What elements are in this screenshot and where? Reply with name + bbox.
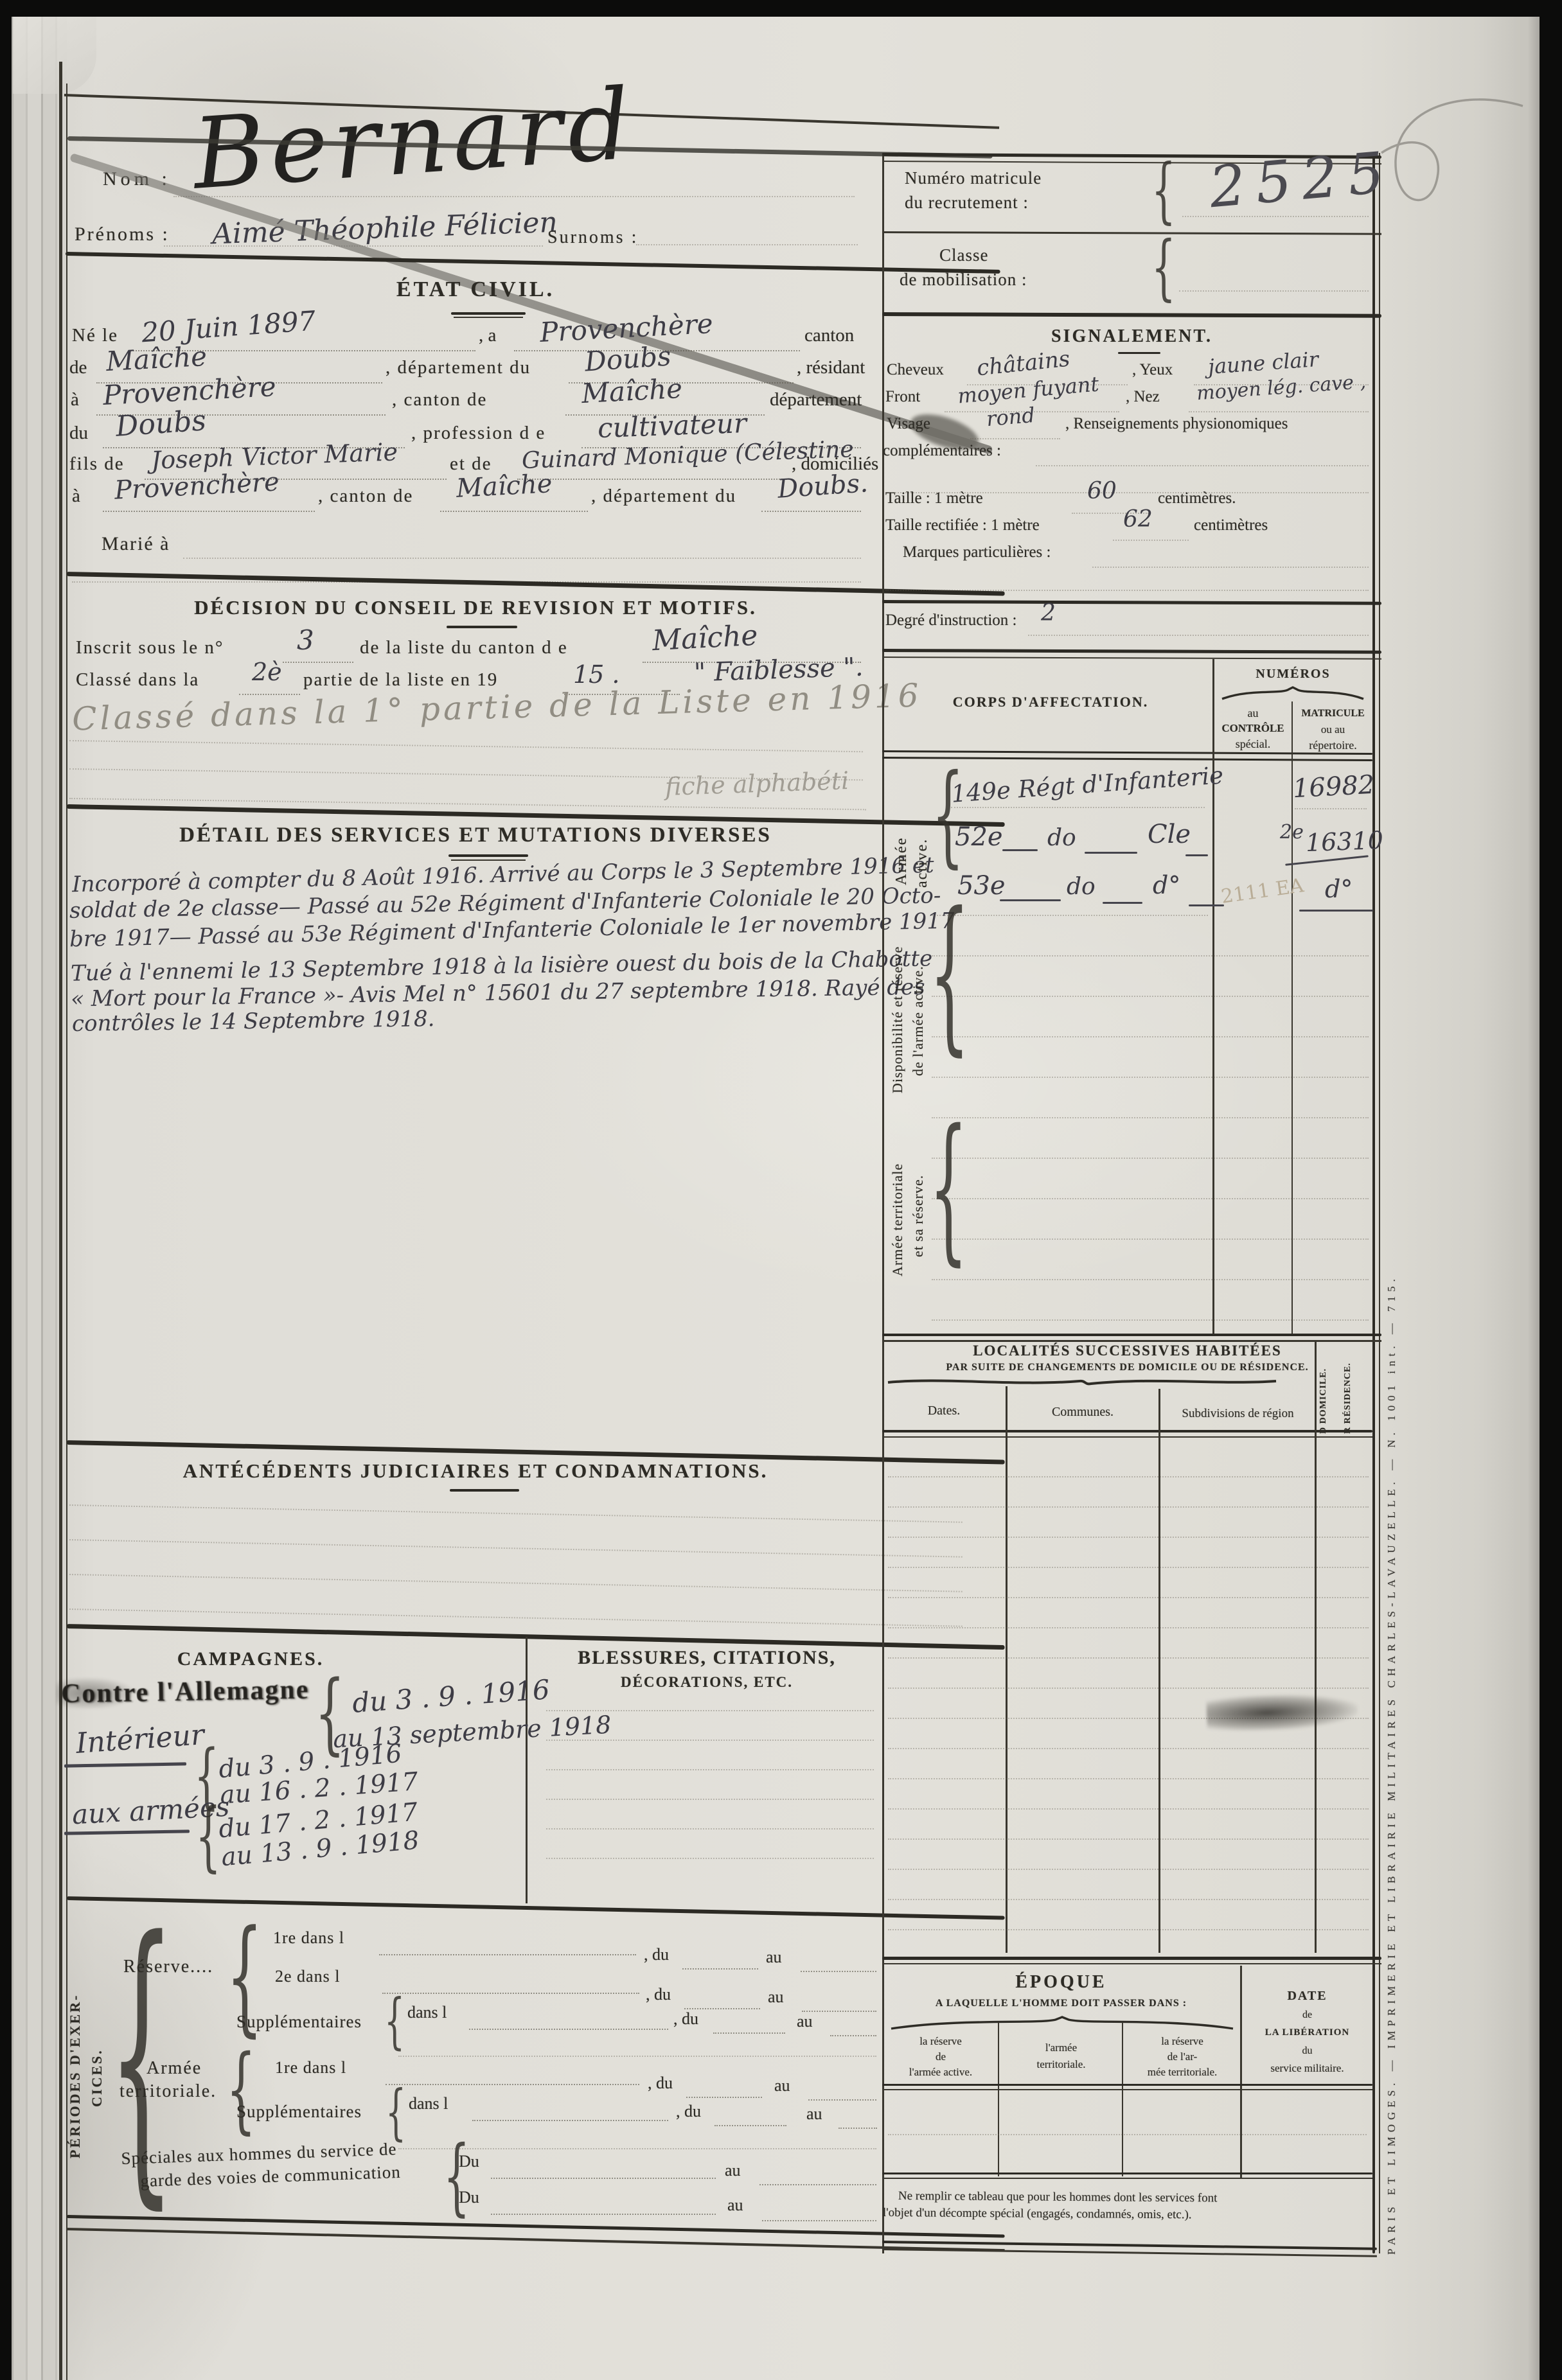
- services-line-6: contrôles le 14 Septembre 1918.: [72, 1006, 435, 1037]
- etat-civil-title: ÉTAT CIVIL.: [353, 278, 598, 302]
- corps-row3-ditto: do: [1067, 874, 1096, 900]
- classe-dans-label: Classé dans la: [76, 669, 199, 691]
- epoque-brace: [890, 2016, 1234, 2030]
- corps-row2-prefix: 2e: [1280, 821, 1304, 843]
- sg-r2-dot2: [1189, 411, 1369, 412]
- matricule-col-l3: répertoire.: [1293, 739, 1372, 752]
- localites-brace-line: [887, 1376, 1277, 1389]
- profession-de-label: , profession d e: [411, 423, 546, 444]
- territoriale-label-1: Armée: [146, 2058, 202, 2079]
- corps-dotrow-5: [932, 1077, 1369, 1078]
- loc-row-14: [888, 1869, 1369, 1870]
- localites-vline-3: [1315, 1341, 1317, 1953]
- numero-brace: {: [1151, 159, 1176, 223]
- loc-row-16: [888, 1929, 1369, 1930]
- de-label: de: [69, 357, 87, 378]
- sg-r4-dot: [1036, 465, 1369, 466]
- armee-active-label-1: Armée: [893, 795, 910, 885]
- stamp-smear: [57, 1678, 134, 1709]
- controle-col-l2: CONTRÔLE: [1214, 722, 1292, 735]
- decision-title: DÉCISION DU CONSEIL DE REVISION ET MOTIF…: [129, 596, 822, 619]
- terr-row1-label: 1re dans l: [275, 2058, 346, 2077]
- epoque-col1-l3: l'armée active.: [882, 2066, 999, 2079]
- reserve-row2-label: 2e dans l: [275, 1967, 340, 1986]
- torn-corner: [13, 17, 96, 94]
- annee-value: 15 .: [573, 660, 620, 689]
- numero-matricule-label-2: du recrutement :: [905, 193, 1029, 213]
- cheveux-label: Cheveux: [887, 361, 944, 379]
- classe-partie: 2è: [252, 658, 282, 686]
- blessures-title-1: BLESSURES, CITATIONS,: [559, 1647, 855, 1669]
- territoriale-col-brace: {: [929, 1116, 968, 1259]
- printer-imprint: PARIS ET LIMOGES. — IMPRIMERIE ET LIBRAI…: [1385, 996, 1398, 2255]
- signalement-dash: [1118, 352, 1160, 354]
- date-col-l5: service militaire.: [1242, 2062, 1372, 2075]
- corps-row2-dash1: [1002, 849, 1038, 851]
- du-label: du: [69, 423, 88, 444]
- partie-label: partie de la liste en 19: [303, 669, 498, 691]
- numeros-brace: [1221, 686, 1365, 700]
- corps-dotrow-1: [932, 915, 1208, 916]
- blessures-title-2: DÉCORATIONS, ETC.: [559, 1674, 855, 1691]
- right-border-outer: [1372, 153, 1375, 2253]
- prenoms-label: Prénoms :: [75, 224, 170, 245]
- reserve-suppl-label: Supplémentaires: [236, 2012, 362, 2032]
- periodes-label-2: CICES.: [89, 2023, 105, 2107]
- departement-naissance: Doubs: [583, 340, 672, 377]
- pr-a3-dot3: [830, 2035, 876, 2036]
- date-col-l2: de: [1242, 2009, 1372, 2021]
- periodes-label-1: PÉRIODES D'EXER-: [67, 1972, 84, 2158]
- corps-dotrow-10: [932, 1279, 1369, 1280]
- services-underline1: [448, 854, 528, 857]
- classe-label-1: Classe: [939, 245, 989, 265]
- corps-bottom-rule1: [882, 1334, 1381, 1336]
- profession-value: cultivateur: [597, 407, 747, 444]
- inscrit-label: Inscrit sous le n°: [76, 637, 224, 658]
- pr-c1-dot: [491, 2178, 716, 2179]
- loc-row-4: [888, 1567, 1369, 1568]
- corps-row2-dash3: [1185, 854, 1208, 856]
- reserve-row1-label: 1re dans l: [273, 1928, 344, 1948]
- taille-value: 60: [1087, 478, 1117, 504]
- column-divider: [882, 153, 884, 2253]
- taille-label: Taille : 1 mètre: [885, 489, 983, 507]
- sg-taille2-dot: [1113, 540, 1189, 541]
- pr-c2-dot: [491, 2214, 716, 2215]
- loc-row-6: [888, 1627, 1369, 1628]
- loc-row-11: [888, 1778, 1369, 1779]
- terr-suppl-dansl: dans l: [409, 2094, 448, 2113]
- reserve-suppl-brace: {: [384, 1994, 405, 2048]
- epoque-note-1: Ne remplir ce tableau que pour les homme…: [898, 2189, 1218, 2205]
- localites-header-rule2: [882, 1436, 1372, 1438]
- territoriale-label-2: territoriale.: [120, 2081, 217, 2102]
- antecedents-underline: [450, 1489, 519, 1492]
- inscrit-numero: 3: [297, 624, 314, 656]
- ec-r5-dot2: [517, 479, 787, 480]
- surnoms-dotted: [636, 244, 858, 245]
- ne-le-label: Né le: [72, 325, 118, 346]
- loc-row-3: [888, 1537, 1369, 1538]
- pr-a1-dot2: [682, 1968, 758, 1970]
- sg-marques-dot: [1092, 567, 1369, 568]
- corps-vline-2: [1291, 701, 1293, 1336]
- right-border-inner: [1379, 153, 1380, 2253]
- loc-row-5: [888, 1597, 1369, 1598]
- bl-dot1: [546, 1710, 874, 1711]
- epoque-header-rule1: [882, 2084, 1372, 2086]
- corps-bottom-rule2: [882, 1340, 1381, 1342]
- campagnes-brace-3: {: [195, 1803, 221, 1871]
- terr-suppl-label: Supplémentaires: [236, 2102, 362, 2122]
- residant-label: , résidant: [797, 357, 865, 378]
- corps-row3-d: d°: [1153, 871, 1180, 899]
- bl-dot2: [546, 1740, 874, 1741]
- terr-suppl-brace: {: [386, 2085, 406, 2139]
- et-de-label: et de: [450, 454, 492, 475]
- etat-civil-underline2: [454, 317, 523, 318]
- numero-matricule-label-1: Numéro matricule: [905, 168, 1042, 188]
- loc-row-12: [888, 1808, 1369, 1810]
- matricule-col-l1: MATRICULE: [1293, 708, 1372, 719]
- pr-a1-dot3: [801, 1971, 876, 1972]
- antecedents-title: ANTÉCÉDENTS JUDICIAIRES ET CONDAMNATIONS…: [129, 1459, 822, 1483]
- classe-brace: {: [1151, 236, 1176, 300]
- date-col-l1: DATE: [1242, 1989, 1372, 2004]
- loc-row-1: [888, 1476, 1369, 1477]
- canton-de2-label: , canton de: [318, 486, 413, 507]
- corps-row2-dash2: [1085, 852, 1137, 854]
- bl-dot6: [546, 1858, 874, 1859]
- corps-dotrow-3: [932, 996, 1369, 997]
- taille-rectifiee-label: Taille rectifiée : 1 mètre: [885, 516, 1040, 534]
- disponibilite-brace: {: [929, 899, 970, 1050]
- reserve-suppl-du: , du: [673, 2009, 698, 2029]
- localites-header-rule1: [882, 1430, 1372, 1432]
- pr-b2-dot: [472, 2120, 668, 2121]
- epoque-col1-l2: de: [882, 2050, 999, 2063]
- territoriale-col-label-1: Armée territoriale: [889, 1119, 906, 1276]
- departement-domicile: Doubs.: [777, 468, 869, 504]
- pr-a2-dot3: [802, 2011, 876, 2012]
- epoque-title: ÉPOQUE: [882, 1972, 1240, 1993]
- corps-row3-matricule: d°: [1325, 875, 1353, 903]
- pr-b1-dot3: [808, 2099, 876, 2101]
- localites-vline-1: [1006, 1386, 1007, 1953]
- epoque-header-rule2: [882, 2089, 1372, 2090]
- pr-c1-dot2: [759, 2184, 876, 2185]
- departement-du-label: , département du: [386, 357, 531, 378]
- matricule-col-l2: ou au: [1293, 723, 1372, 736]
- degre-dot: [1028, 635, 1369, 636]
- bl-dot5: [546, 1828, 874, 1829]
- loc-row-13: [888, 1838, 1369, 1840]
- epoque-note-2: l'objet d'un décompte spécial (engagés, …: [883, 2206, 1192, 2222]
- departement-residence: Doubs: [114, 404, 207, 443]
- ec-r6-dot2: [440, 511, 588, 512]
- corps-vline-1: [1212, 659, 1214, 1336]
- corps-row2-cle: Cle: [1148, 820, 1191, 849]
- frame-left-outer: [59, 62, 62, 2380]
- sg-blank-dot: [885, 590, 1369, 591]
- etat-civil-underline1: [451, 312, 526, 315]
- liste-label: de la liste du canton d e: [360, 637, 568, 658]
- corps-row1-dot: [951, 807, 1205, 808]
- reserve-label: Réserve....: [123, 1957, 213, 1977]
- loc-row-2: [888, 1506, 1369, 1508]
- pr-b2-dot4: [398, 2148, 876, 2149]
- epoque-vline-2: [1122, 2022, 1123, 2176]
- ec-r6-dot3: [761, 511, 861, 512]
- nez-label: , Nez: [1126, 388, 1160, 406]
- terr-row1-du: , du: [648, 2074, 673, 2093]
- marie-a-label: Marié à: [102, 533, 170, 555]
- signalement-title: SIGNALEMENT.: [882, 326, 1381, 347]
- speciales-du2: Du: [459, 2188, 479, 2207]
- decision-underline: [447, 626, 517, 628]
- speciales-au2: au: [727, 2196, 743, 2215]
- loc-row-15: [888, 1899, 1369, 1900]
- pr-a1-dot: [379, 1954, 636, 1955]
- corps-row1-matricule: 16982: [1292, 770, 1375, 804]
- corps-dotrow-11: [932, 1319, 1369, 1321]
- corps-dotrow-9: [932, 1238, 1369, 1240]
- epoque-col3-l1: la réserve: [1123, 2035, 1241, 2048]
- disponibilite-label-1: Disponibilité et réserve: [889, 901, 906, 1093]
- epoque-col3-l3: mée territoriale.: [1123, 2066, 1241, 2079]
- localites-col-domicile: D DOMICILE.: [1318, 1343, 1329, 1434]
- corps-dotrow-4: [932, 1036, 1369, 1037]
- epoque-bottom-rule1: [882, 2173, 1372, 2174]
- epoque-col1-l1: la réserve: [882, 2035, 999, 2048]
- date-col-l4: du: [1242, 2045, 1372, 2057]
- yeux-label: , Yeux: [1132, 361, 1173, 379]
- epoque-col3-l2: de l'ar-: [1123, 2050, 1241, 2063]
- epoque-col2-l2: territoriale.: [999, 2058, 1123, 2071]
- canton-de-label: , canton de: [392, 389, 487, 410]
- scanned-military-record: Nom : Bernard Prénoms : Aimé Théophile F…: [0, 0, 1562, 2380]
- epoque-top-rule2: [882, 1963, 1381, 1964]
- corps-affectation-header: CORPS D'AFFECTATION.: [912, 694, 1189, 710]
- epoque-vline-1: [998, 2022, 999, 2176]
- territoriale-col-label-2: et sa réserve.: [910, 1138, 927, 1257]
- armee-active-label-2: active.: [914, 791, 931, 888]
- classe-label-2: de mobilisation :: [900, 270, 1027, 290]
- canton-domicile: Maîche: [456, 469, 553, 504]
- reserve-row1-du: , du: [644, 1945, 669, 1964]
- epoque-subtitle: A LAQUELLE L'HOMME DOIT PASSER DANS :: [882, 1998, 1240, 2009]
- pr-a2-dot: [382, 1993, 639, 1994]
- liste-canton: Maîche: [652, 619, 759, 658]
- corps-row1-matricule-dot: [1295, 808, 1367, 809]
- visage-label: Visage: [887, 415, 930, 433]
- right-torn-edge: [1510, 17, 1540, 2380]
- canton-residence: Maîche: [581, 373, 683, 409]
- services-underline2: [451, 859, 526, 861]
- taille-rectifiee-value: 62: [1123, 506, 1153, 533]
- corps-row2-matricule: 16310: [1305, 826, 1383, 857]
- centimetres-label: centimètres.: [1158, 489, 1236, 507]
- corps-dotrow-2: [932, 955, 1369, 956]
- centimetres2-label: centimètres: [1194, 516, 1268, 534]
- disponibilite-label-2: de l'armée active.: [910, 919, 927, 1076]
- controle-col-l3: spécial.: [1214, 737, 1292, 751]
- pr-a3-dot2: [713, 2032, 785, 2034]
- terr-row1-au: au: [774, 2076, 790, 2095]
- localites-col-communes: Communes.: [1006, 1405, 1160, 1420]
- canton-right-label: canton: [804, 325, 854, 346]
- a3-label: à: [72, 486, 80, 507]
- reserve-row2-du: , du: [646, 1985, 671, 2004]
- front-label: Front: [885, 388, 920, 406]
- corps-row3-dash3: [1189, 904, 1224, 906]
- reserve-suppl-dansl: dans l: [407, 2003, 447, 2022]
- pr-b1-dot: [386, 2084, 639, 2085]
- numeros-header: NUMÉROS: [1214, 667, 1372, 682]
- ec-r6-dot1: [103, 511, 315, 512]
- localites-subtitle: PAR SUITE DE CHANGEMENTS DE DOMICILE OU …: [882, 1362, 1372, 1373]
- renseignements-label: , Renseignements physionomiques: [1065, 415, 1288, 433]
- bl-dot4: [546, 1799, 874, 1800]
- corps-dotrow-7: [932, 1158, 1369, 1159]
- terr-suppl-du: , du: [676, 2102, 701, 2121]
- reserve-row2-au: au: [768, 1988, 784, 2007]
- pr-a3-dot4: [398, 2056, 876, 2057]
- localites-col-residence: R RÉSIDENCE.: [1343, 1343, 1353, 1434]
- speciales-du1: Du: [459, 2152, 479, 2171]
- departement-right-label: département: [770, 389, 862, 410]
- pr-b2-dot3: [839, 2128, 877, 2129]
- corps-row2-ditto: do: [1047, 825, 1076, 851]
- pr-b1-dot2: [686, 2097, 762, 2098]
- departement-du2-label: , département du: [591, 486, 736, 507]
- reserve-row1-au: au: [766, 1948, 782, 1967]
- fils-de-label: fils de: [69, 454, 125, 475]
- canton-naissance: Maîche: [105, 340, 208, 377]
- terr-suppl-au: au: [806, 2104, 822, 2124]
- degre-value: 2: [1041, 600, 1056, 626]
- localites-title: LOCALITÉS SUCCESSIVES HABITÉES: [882, 1343, 1372, 1359]
- degre-label: Degré d'instruction :: [885, 612, 1016, 630]
- loc-row-10: [888, 1748, 1369, 1749]
- corps-dotrow-8: [932, 1198, 1369, 1199]
- date-col-l3: LA LIBÉRATION: [1242, 2027, 1372, 2038]
- corps-row3-dash2: [1103, 902, 1142, 904]
- corps-row3-stroke: [1299, 910, 1373, 912]
- classe-dotted: [1179, 290, 1369, 292]
- reserve-suppl-au: au: [797, 2012, 813, 2031]
- speciales-au1: au: [725, 2161, 741, 2180]
- localites-col-subdivisions: Subdivisions de région: [1160, 1407, 1316, 1421]
- ec-r7-dot1: [183, 558, 861, 559]
- a2-label: à: [71, 389, 79, 410]
- pr-c2-dot2: [762, 2220, 876, 2221]
- loc-row-8: [888, 1688, 1369, 1689]
- corps-dotrow-6: [932, 1117, 1369, 1118]
- sg-r3-dot1: [970, 438, 1060, 439]
- services-title: DÉTAIL DES SERVICES ET MUTATIONS DIVERSE…: [129, 824, 822, 847]
- epoque-blank-row: [888, 2134, 1367, 2135]
- ink-smudge: [1206, 1692, 1358, 1732]
- numero-dotted: [1182, 216, 1369, 217]
- surnoms-label: Surnoms :: [547, 227, 638, 248]
- epoque-top-rule1: [882, 1957, 1381, 1960]
- bl-dot3: [546, 1769, 874, 1770]
- localites-col-dates: Dates.: [882, 1404, 1006, 1418]
- complementaires-label: complémentaires :: [883, 442, 1001, 460]
- epoque-col2-l1: l'armée: [999, 2041, 1123, 2054]
- dc-r1-dot1: [283, 662, 353, 663]
- pr-a3-dot: [469, 2029, 668, 2030]
- a-label: , a: [479, 325, 496, 346]
- corps-row3-dash1: [1000, 899, 1061, 901]
- corps-row2-numero: 52e: [955, 822, 1003, 852]
- epoque-bottom-rule2: [882, 2178, 1372, 2179]
- loc-row-7: [888, 1657, 1369, 1659]
- marques-label: Marques particulières :: [903, 543, 1051, 561]
- pr-b2-dot2: [714, 2125, 786, 2126]
- controle-col-l1: au: [1214, 707, 1292, 720]
- visage-value: rond: [985, 403, 1036, 431]
